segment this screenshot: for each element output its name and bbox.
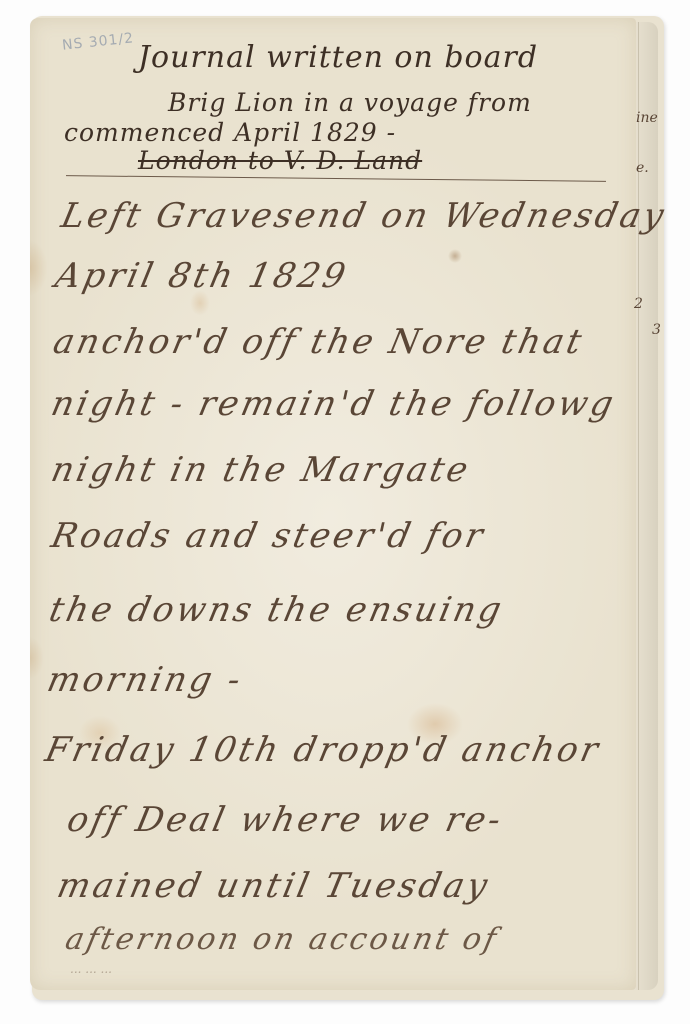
body-line-5: night in the Margate (48, 450, 475, 490)
body-line-4: night - remain'd the followg (48, 384, 620, 424)
body-line-6: Roads and steer'd for (48, 516, 489, 556)
body-line-11: mained until Tuesday (54, 866, 494, 906)
body-line-1: Left Gravesend on Wednesday (58, 196, 670, 236)
heading-line-2: Brig Lion in a voyage from (168, 88, 532, 117)
body-line-8: morning - (44, 660, 247, 700)
body-line-9: Friday 10th dropp'd anchor (42, 730, 605, 770)
heading-line-1: Journal written on board (138, 40, 538, 75)
body-line-3: anchor'd off the Nore that (50, 322, 588, 362)
margin-mark: e. (636, 160, 649, 176)
body-line-12: afternoon on account of (62, 922, 502, 957)
body-line-2: April 8th 1829 (52, 256, 352, 296)
body-line-7: the downs the ensuing (46, 590, 508, 630)
margin-mark: 2 (634, 296, 643, 312)
heading-line-4: London to V. D. Land (138, 146, 422, 175)
margin-mark: 3 (652, 322, 661, 338)
margin-mark: ine (636, 110, 658, 126)
bottom-fragment: ... ... ... (70, 962, 580, 976)
heading-line-3: commenced April 1829 - (64, 118, 396, 147)
body-line-10: off Deal where we re- (64, 800, 507, 840)
